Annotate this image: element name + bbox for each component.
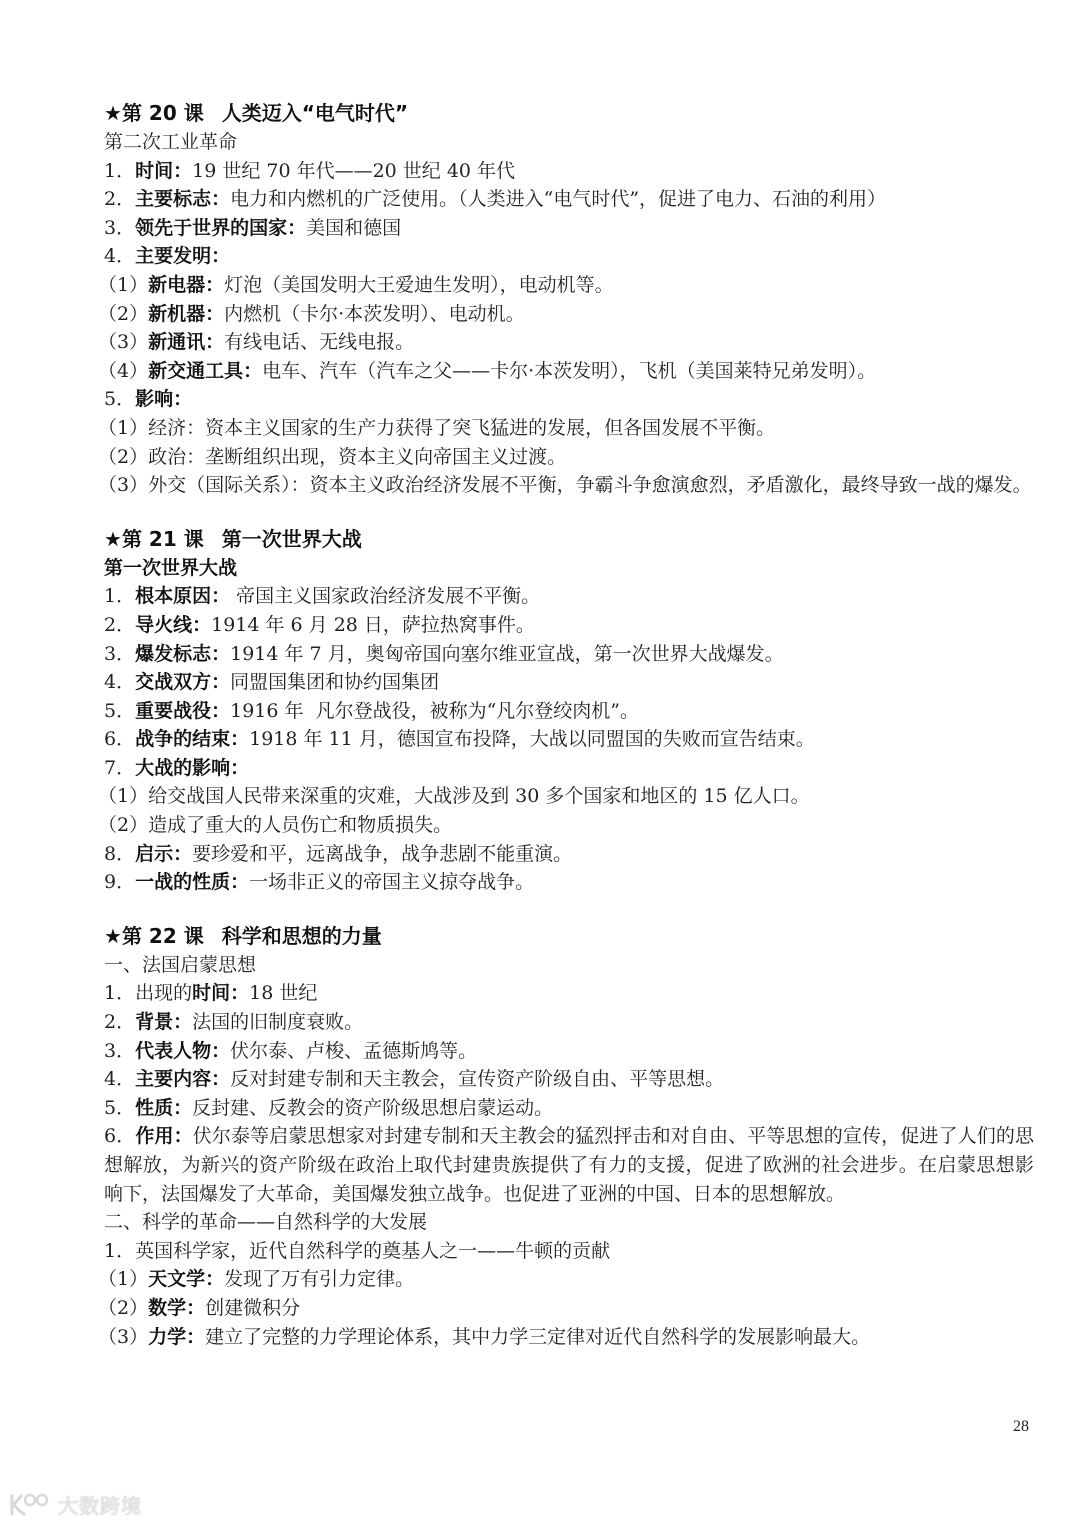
lesson-title-text: 人类迈入“电气时代” (222, 101, 408, 125)
document-page: ★第 20 课人类迈入“电气时代” 第二次工业革命 1．时间：19 世纪 70 … (104, 98, 1034, 1375)
lesson-number: 第 20 课 (122, 101, 204, 125)
lesson-20-section: ★第 20 课人类迈入“电气时代” 第二次工业革命 1．时间：19 世纪 70 … (104, 98, 1034, 500)
sub-list-item: （3）力学：建立了完整的力学理论体系，其中力学三定律对近代自然科学的发展影响最大… (104, 1323, 1034, 1352)
list-item: 9．一战的性质：一场非正义的帝国主义掠夺战争。 (104, 868, 1034, 897)
star-icon: ★ (104, 101, 122, 125)
sub-list-item: （1）给交战国人民带来深重的灾难，大战涉及到 30 多个国家和地区的 15 亿人… (104, 782, 1034, 811)
list-item: 2．背景：法国的旧制度衰败。 (104, 1008, 1034, 1037)
lesson-title-text: 第一次世界大战 (222, 527, 362, 551)
page-number: 28 (1013, 1418, 1029, 1436)
list-item: 6．作用：伏尔泰等启蒙思想家对封建专制和天主教会的猛烈抨击和对自由、平等思想的宣… (104, 1122, 1034, 1208)
part-2-title: 二、科学的革命——自然科学的大发展 (104, 1208, 1034, 1237)
lesson-22-title: ★第 22 课科学和思想的力量 (104, 921, 1034, 951)
lesson-20-title: ★第 20 课人类迈入“电气时代” (104, 98, 1034, 128)
star-icon: ★ (104, 527, 122, 551)
lesson-title-text: 科学和思想的力量 (222, 924, 382, 948)
star-icon: ★ (104, 924, 122, 948)
sub-list-item: （1）新电器：灯泡（美国发明大王爱迪生发明），电动机等。 (104, 271, 1034, 300)
list-item: 4．主要发明： (104, 242, 1034, 271)
list-item: 6．战争的结束：1918 年 11 月，德国宣布投降，大战以同盟国的失败而宣告结… (104, 725, 1034, 754)
sub-list-item: （2）造成了重大的人员伤亡和物质损失。 (104, 811, 1034, 840)
list-item: 3．领先于世界的国家：美国和德国 (104, 214, 1034, 243)
lesson-21-title: ★第 21 课第一次世界大战 (104, 524, 1034, 554)
lesson-21-section: ★第 21 课第一次世界大战 第一次世界大战 1．根本原因： 帝国主义国家政治经… (104, 524, 1034, 897)
list-item: 1．时间：19 世纪 70 年代——20 世纪 40 年代 (104, 157, 1034, 186)
sub-list-item: （4）新交通工具：电车、汽车（汽车之父——卡尔·本茨发明），飞机（美国莱特兄弟发… (104, 357, 1034, 386)
sub-list-item: （3）外交（国际关系）：资本主义政治经济发展不平衡，争霸斗争愈演愈烈，矛盾激化，… (104, 471, 1034, 500)
part-1-title: 一、法国启蒙思想 (104, 951, 1034, 980)
list-item: 7．大战的影响： (104, 754, 1034, 783)
lesson-number: 第 21 课 (122, 527, 204, 551)
list-item: 1．出现的时间：18 世纪 (104, 979, 1034, 1008)
list-item: 2．导火线：1914 年 6 月 28 日，萨拉热窝事件。 (104, 611, 1034, 640)
list-item: 3．爆发标志：1914 年 7 月，奥匈帝国向塞尔维亚宣战，第一次世界大战爆发。 (104, 640, 1034, 669)
sub-list-item: （2）数学：创建微积分 (104, 1294, 1034, 1323)
list-item: 2．主要标志：电力和内燃机的广泛使用。（人类进入“电气时代”，促进了电力、石油的… (104, 185, 1034, 214)
list-item: 1．英国科学家，近代自然科学的奠基人之一——牛顿的贡献 (104, 1237, 1034, 1266)
sub-list-item: （1）天文学：发现了万有引力定律。 (104, 1265, 1034, 1294)
lesson-21-subtitle: 第一次世界大战 (104, 554, 1034, 583)
sub-list-item: （3）新通讯：有线电话、无线电报。 (104, 328, 1034, 357)
watermark: 大数跨境 (8, 1490, 142, 1519)
sub-list-item: （2）政治：垄断组织出现，资本主义向帝国主义过渡。 (104, 443, 1034, 472)
list-item: 1．根本原因： 帝国主义国家政治经济发展不平衡。 (104, 582, 1034, 611)
list-item: 5．重要战役：1916 年 凡尔登战役，被称为“凡尔登绞肉机”。 (104, 697, 1034, 726)
list-item: 4．主要内容：反对封建专制和天主教会，宣传资产阶级自由、平等思想。 (104, 1065, 1034, 1094)
list-item: 5．性质：反封建、反教会的资产阶级思想启蒙运动。 (104, 1094, 1034, 1123)
list-item: 3．代表人物：伏尔泰、卢梭、孟德斯鸠等。 (104, 1037, 1034, 1066)
list-item: 5．影响： (104, 385, 1034, 414)
lesson-20-subtitle: 第二次工业革命 (104, 128, 1034, 157)
sub-list-item: （2）新机器：内燃机（卡尔·本茨发明）、电动机。 (104, 300, 1034, 329)
sub-list-item: （1）经济：资本主义国家的生产力获得了突飞猛进的发展，但各国发展不平衡。 (104, 414, 1034, 443)
watermark-text: 大数跨境 (58, 1490, 142, 1519)
watermark-logo-icon (8, 1492, 52, 1518)
list-item: 8．启示：要珍爱和平，远离战争，战争悲剧不能重演。 (104, 840, 1034, 869)
lesson-number: 第 22 课 (122, 924, 204, 948)
list-item: 4．交战双方：同盟国集团和协约国集团 (104, 668, 1034, 697)
lesson-22-section: ★第 22 课科学和思想的力量 一、法国启蒙思想 1．出现的时间：18 世纪 2… (104, 921, 1034, 1351)
